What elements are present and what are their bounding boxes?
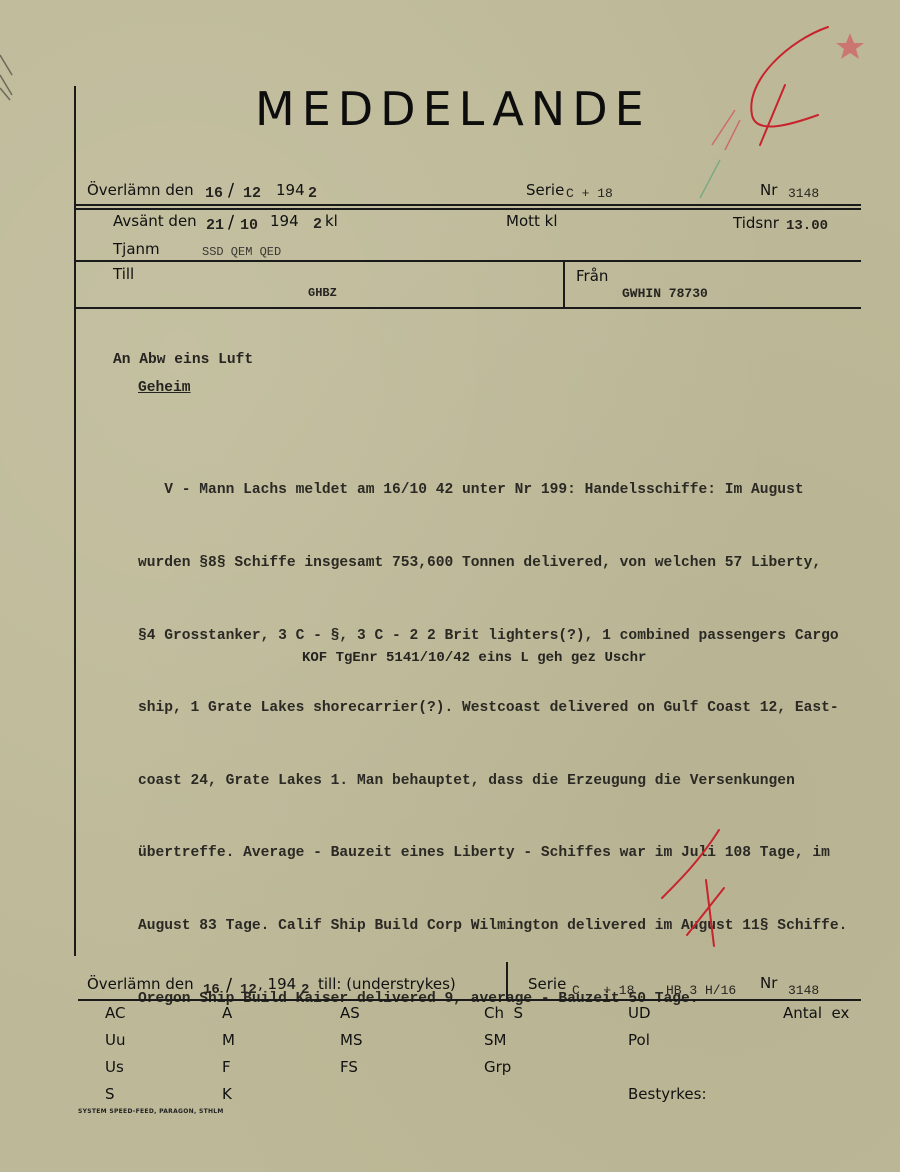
message-line: V - Mann Lachs meldet am 16/10 42 unter … (138, 478, 898, 502)
distribution-code: F (222, 1058, 231, 1076)
message-addressee: An Abw eins Luft (113, 352, 253, 368)
green-pencil-mark (700, 160, 720, 198)
printer-note: SYSTEM SPEED-FEED, PARAGON, STHLM (78, 1108, 224, 1115)
fran-value: GWHIN 78730 (622, 286, 708, 301)
date-slash: ∕ (228, 180, 234, 201)
message-line: übertreffe. Average - Bauzeit eines Libe… (138, 841, 898, 865)
red-star-icon (836, 33, 864, 59)
overlamn-label: Överlämn den (87, 181, 194, 199)
serie-label: Serie (526, 181, 564, 199)
serie-value: C + 18 (566, 186, 613, 201)
header-double-rule-bottom (74, 208, 861, 210)
distribution-code: Antal ex (783, 1004, 849, 1022)
footer-extra-value: HB 3 H/16 (666, 983, 736, 998)
overlamn-year-suffix: 2 (308, 185, 317, 202)
footer-overlamn-label: Överlämn den (87, 975, 194, 993)
distribution-code: S (105, 1085, 115, 1103)
footer-overlamn-year-suffix: 2 (301, 982, 309, 998)
avsant-year-suffix: 2 (313, 216, 322, 233)
till-label: Till (113, 265, 134, 283)
footer-divider (506, 962, 508, 1000)
footer-nr-value: 3148 (788, 983, 819, 998)
message-line: §4 Grosstanker, 3 C - §, 3 C - 2 2 Brit … (138, 624, 898, 648)
header-bottom-rule (74, 307, 861, 309)
distribution-code: M (222, 1031, 235, 1049)
tidsnr-label: Tidsnr (733, 214, 779, 232)
bestyrkes-label: Bestyrkes: (628, 1085, 707, 1103)
mott-label: Mott kl (506, 212, 558, 230)
message-line: ship, 1 Grate Lakes shorecarrier(?). Wes… (138, 696, 898, 720)
nr-label: Nr (760, 181, 777, 199)
distribution-code: Us (105, 1058, 124, 1076)
distribution-code: Uu (105, 1031, 126, 1049)
footer-till-label: till: (understrykes) (318, 975, 456, 993)
distribution-code: Grp (484, 1058, 511, 1076)
red-pencil-mark-top (712, 110, 740, 150)
kl-label: kl (325, 212, 338, 230)
message-line: wurden §8§ Schiffe insgesamt 753,600 Ton… (138, 551, 898, 575)
avsant-year-prefix: 194 (270, 212, 299, 230)
footer-nr-label: Nr (760, 974, 777, 992)
tjanm-value: SSD QEM QED (202, 245, 281, 259)
footer-overlamn-day: 16 (203, 982, 220, 998)
footer-serie-value: C + 18 (572, 983, 634, 998)
message-body: V - Mann Lachs meldet am 16/10 42 unter … (138, 430, 898, 1035)
distribution-code: AS (340, 1004, 360, 1022)
distribution-code: Ch S (484, 1004, 523, 1022)
message-line: coast 24, Grate Lakes 1. Man behauptet, … (138, 769, 898, 793)
form-title: MEDDELANDE (255, 82, 651, 136)
avsant-label: Avsänt den (113, 212, 197, 230)
distribution-code: UD (628, 1004, 651, 1022)
overlamn-month: 12 (243, 185, 261, 202)
avsant-day: 21 (206, 217, 224, 234)
red-ink-mark-top (751, 27, 828, 145)
till-fran-divider (563, 261, 565, 307)
footer-serie-label: Serie (528, 975, 566, 993)
overlamn-day: 16 (205, 185, 223, 202)
distribution-code: AC (105, 1004, 125, 1022)
distribution-code: FS (340, 1058, 358, 1076)
date-slash: ∕ (226, 975, 232, 996)
footer-rule (78, 999, 861, 1001)
distribution-code: SM (484, 1031, 506, 1049)
date-slash: ∕ (228, 212, 234, 233)
footer-overlamn-month: 12 (240, 982, 257, 998)
message-reference: KOF TgEnr 5141/10/42 eins L geh gez Usch… (302, 650, 646, 666)
message-line: August 83 Tage. Calif Ship Build Corp Wi… (138, 914, 898, 938)
tidsnr-value: 13.00 (786, 218, 828, 234)
header-rule (74, 260, 861, 262)
distribution-code: A (222, 1004, 232, 1022)
nr-value: 3148 (788, 186, 819, 201)
avsant-month: 10 (240, 217, 258, 234)
left-margin-rule (74, 86, 76, 956)
distribution-code: MS (340, 1031, 362, 1049)
message-classification: Geheim (138, 380, 191, 396)
till-value: GHBZ (308, 286, 337, 300)
header-double-rule-top (74, 204, 861, 206)
overlamn-year-prefix: 194 (276, 181, 305, 199)
binder-marks (0, 55, 12, 100)
distribution-code: K (222, 1085, 232, 1103)
tjanm-label: Tjanm (113, 240, 160, 258)
fran-label: Från (576, 267, 608, 285)
footer-overlamn-year-prefix: , 194 (258, 975, 296, 993)
distribution-code: Pol (628, 1031, 650, 1049)
